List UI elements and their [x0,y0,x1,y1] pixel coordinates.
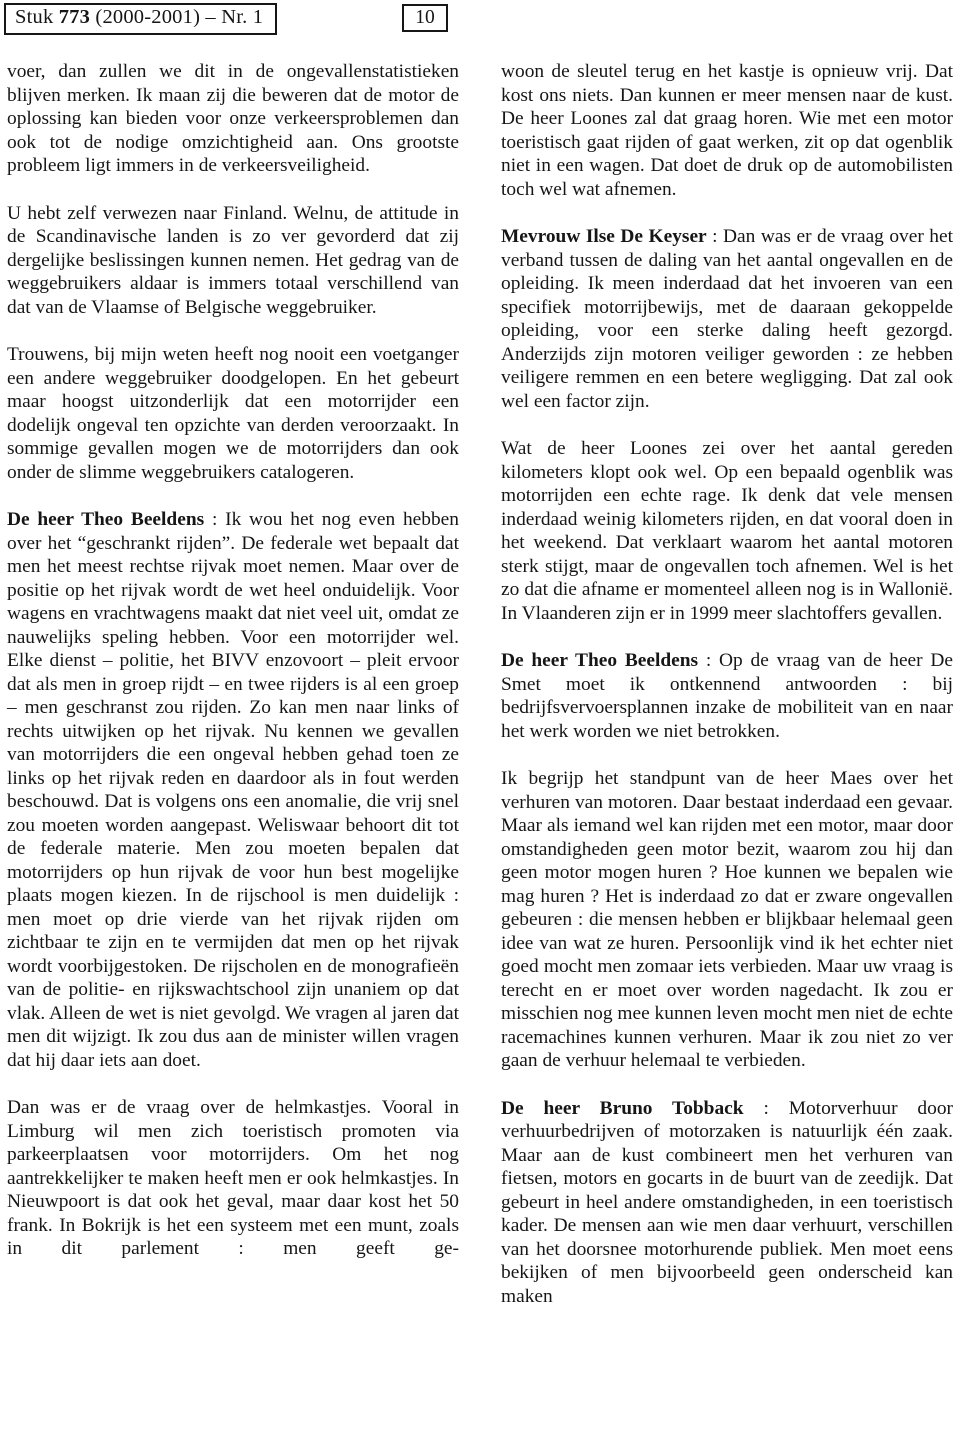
paragraph: Wat de heer Loones zei over het aantal g… [501,437,953,625]
right-text-column: woon de sleutel terug en het kastje is o… [501,60,953,1308]
speech-paragraph: De heer Theo Beeldens : Ik wou het nog e… [7,508,459,1072]
speaker-name: Mevrouw Ilse De Keyser [501,226,707,247]
paragraph: woon de sleutel terug en het kastje is o… [501,60,953,201]
paragraph: Ik begrijp het standpunt van de heer Mae… [501,767,953,1073]
document-page: Stuk 773 (2000-2001) – Nr. 1 10 voer, da… [0,0,960,1433]
paragraph: Trouwens, bij mijn weten heeft nog nooit… [7,343,459,484]
speech-paragraph: Mevrouw Ilse De Keyser : Dan was er de v… [501,225,953,413]
paragraph: Dan was er de vraag over de helmkastjes.… [7,1096,459,1261]
page-header: Stuk 773 (2000-2001) – Nr. 1 10 [0,0,960,40]
left-text-column: voer, dan zullen we dit in de ongevallen… [7,60,459,1308]
paragraph: voer, dan zullen we dit in de ongevallen… [7,60,459,178]
paragraph: U hebt zelf verwezen naar Finland. Welnu… [7,202,459,320]
document-reference-suffix: (2000-2001) – Nr. 1 [90,6,263,28]
page-number: 10 [402,4,448,32]
document-reference-number: 773 [59,6,90,28]
speech-paragraph: De heer Theo Beeldens : Op de vraag van … [501,649,953,743]
document-reference: Stuk 773 (2000-2001) – Nr. 1 [4,3,277,35]
speech-paragraph: De heer Bruno Tobback : Motorverhuur doo… [501,1097,953,1309]
speaker-name: De heer Theo Beeldens [7,509,204,530]
speaker-name: De heer Theo Beeldens [501,650,698,671]
speaker-name: De heer Bruno Tobback [501,1098,744,1119]
two-column-text-body: voer, dan zullen we dit in de ongevallen… [7,60,953,1308]
document-reference-prefix: Stuk [15,6,59,28]
